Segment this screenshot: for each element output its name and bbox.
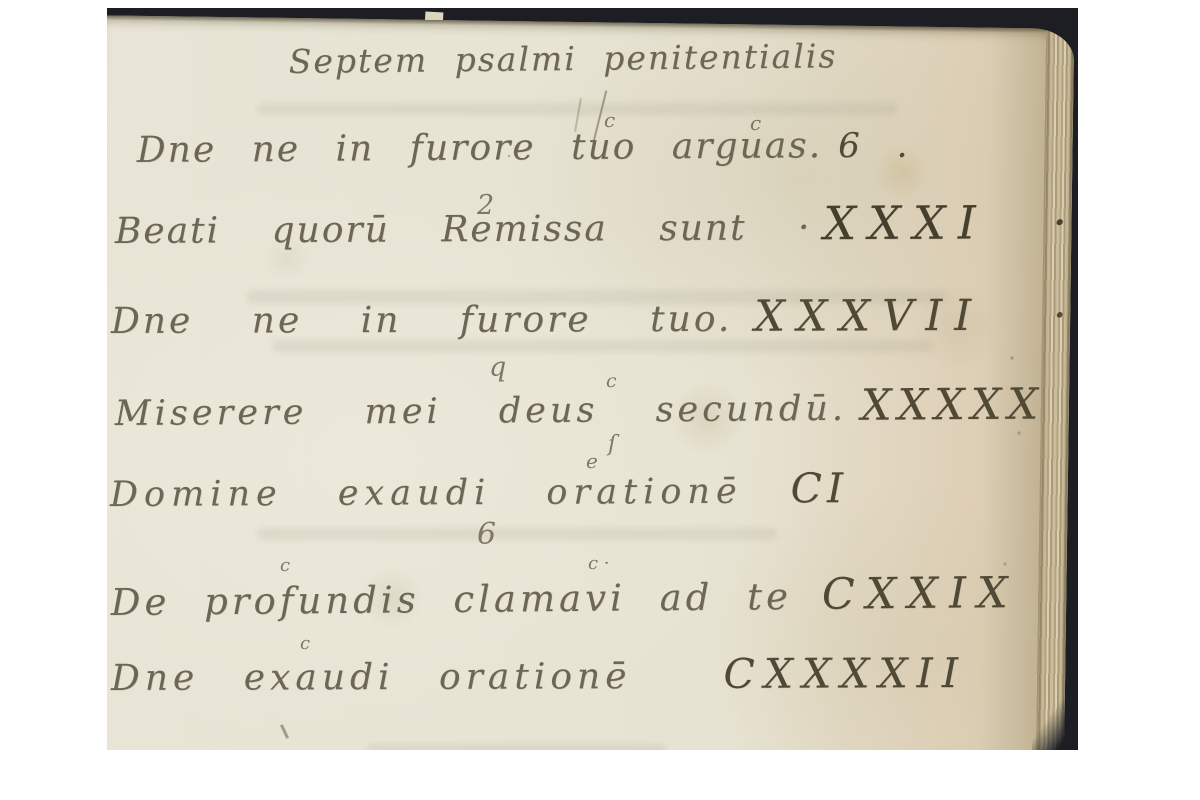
psalm-line: Dne exaudi orationēCXXXXII	[111, 649, 967, 700]
interlinear-mark: c	[604, 108, 615, 132]
title-text: Septem psalmi penitentialis	[289, 36, 838, 81]
interlinear-mark: q	[489, 352, 506, 383]
psalm-incipit: Dne ne in furore tuo arguas.	[137, 125, 823, 171]
interlinear-mark: c	[606, 370, 617, 392]
psalm-incipit: Dne exaudi orationē	[111, 656, 632, 699]
psalm-line: De profundis clamavi ad teCXXIX	[111, 568, 1019, 626]
psalm-incipit: De profundis clamavi ad te	[111, 575, 792, 624]
interlinear-mark: 2	[477, 190, 494, 221]
psalm-number: XXXVII ·	[754, 291, 1078, 342]
psalm-line: Miserere mei deus secundū.XXXXX ·	[115, 379, 1078, 436]
interlinear-mark: c	[300, 633, 310, 654]
psalm-line: Domine exaudi orationēCI	[110, 464, 849, 516]
manuscript-photo: Septem psalmi penitentialis Dne ne in fu…	[107, 8, 1078, 750]
psalm-incipit: Miserere mei deus secundū.	[115, 389, 847, 434]
manuscript-title: Septem psalmi penitentialis	[289, 36, 838, 81]
psalm-number: CI	[790, 464, 848, 512]
ink-stroke	[280, 724, 289, 739]
psalm-number: CXXXXII	[723, 649, 967, 698]
psalm-number: CXXIX	[822, 568, 1019, 620]
psalm-incipit: Dne ne in furore tuo.	[111, 299, 732, 342]
psalm-number: XXXI ·	[823, 195, 1078, 250]
interlinear-mark: c	[750, 111, 761, 135]
handwritten-text-layer: Septem psalmi penitentialis Dne ne in fu…	[107, 8, 1078, 750]
psalm-line: Beati quorū Remissa sunt ·XXXI ·	[115, 195, 1078, 254]
interlinear-mark: 6	[477, 517, 496, 552]
interlinear-mark: c	[280, 555, 290, 576]
interlinear-mark: ſ	[608, 432, 616, 457]
psalm-incipit: Beati quorū Remissa sunt ·	[115, 207, 812, 252]
psalm-number: 6 .	[838, 126, 910, 166]
interlinear-mark: e	[586, 449, 598, 473]
interlinear-mark: c ·	[588, 553, 610, 574]
psalm-line: Dne ne in furore tuo.XXXVII ·	[111, 291, 1078, 344]
psalm-incipit: Domine exaudi orationē	[110, 472, 743, 515]
psalm-line: Dne ne in furore tuo arguas.6 .	[137, 125, 910, 171]
psalm-number: XXXXX ·	[861, 379, 1078, 431]
